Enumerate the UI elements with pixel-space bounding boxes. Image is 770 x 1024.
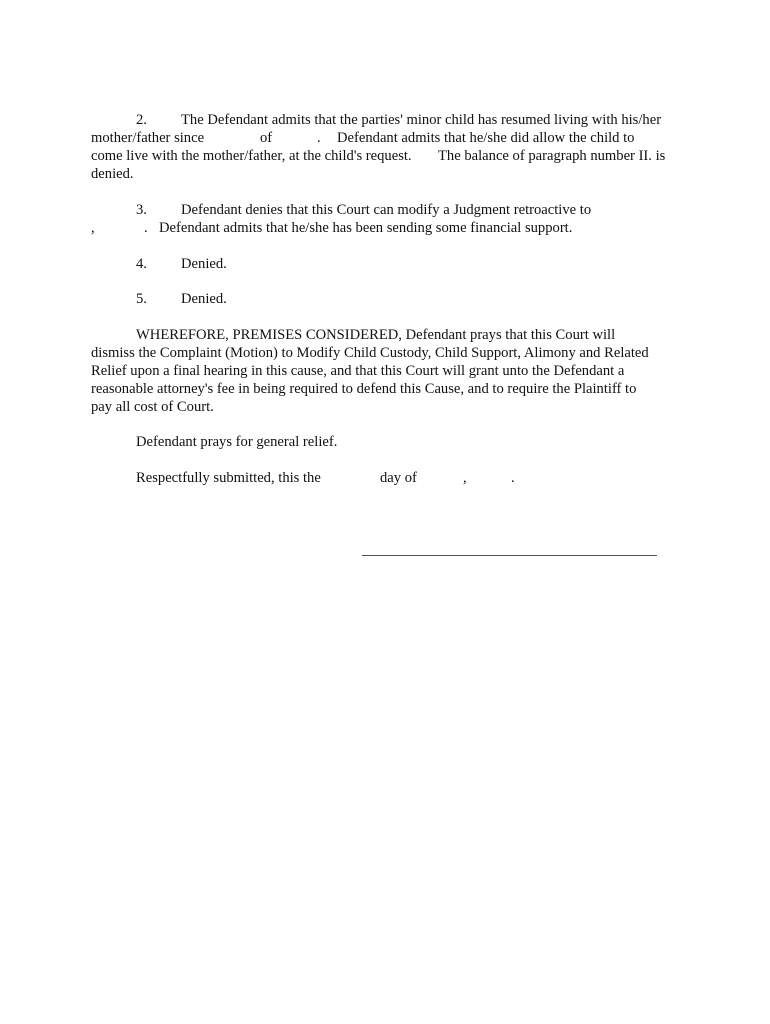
paragraph-2-of: of: [260, 129, 272, 147]
submitted-comma: ,: [463, 469, 467, 487]
wherefore-line-3: Relief upon a final hearing in this caus…: [91, 362, 624, 380]
wherefore-line-2: dismiss the Complaint (Motion) to Modify…: [91, 344, 649, 362]
document-page: 2. The Defendant admits that the parties…: [0, 0, 770, 1024]
submitted-day-of: day of: [380, 469, 417, 487]
paragraph-3-number: 3.: [136, 201, 147, 219]
paragraph-2-line-3b: The balance of paragraph number II. is: [438, 147, 665, 165]
signature-line: [362, 555, 657, 556]
paragraph-2-period: .: [317, 129, 321, 147]
submitted-period: .: [511, 469, 515, 487]
submitted-text: Respectfully submitted, this the: [136, 469, 321, 487]
paragraph-5-number: 5.: [136, 290, 147, 308]
paragraph-2-line-3a: come live with the mother/father, at the…: [91, 147, 412, 165]
wherefore-line-5: pay all cost of Court.: [91, 398, 214, 416]
paragraph-2-line-4: denied.: [91, 165, 134, 183]
paragraph-2-line-2a: mother/father since: [91, 129, 204, 147]
paragraph-4-text: Denied.: [181, 255, 227, 273]
general-relief-text: Defendant prays for general relief.: [136, 433, 337, 451]
paragraph-2-line-1: The Defendant admits that the parties' m…: [181, 111, 661, 129]
paragraph-3-comma: ,: [91, 219, 95, 237]
paragraph-4-number: 4.: [136, 255, 147, 273]
paragraph-3-line-2: Defendant admits that he/she has been se…: [159, 219, 572, 237]
wherefore-line-1: WHEREFORE, PREMISES CONSIDERED, Defendan…: [136, 326, 615, 344]
paragraph-2-line-2b: Defendant admits that he/she did allow t…: [337, 129, 634, 147]
paragraph-3-line-1: Defendant denies that this Court can mod…: [181, 201, 591, 219]
paragraph-3-period: .: [144, 219, 148, 237]
paragraph-5-text: Denied.: [181, 290, 227, 308]
wherefore-line-4: reasonable attorney's fee in being requi…: [91, 380, 636, 398]
paragraph-2-number: 2.: [136, 111, 147, 129]
